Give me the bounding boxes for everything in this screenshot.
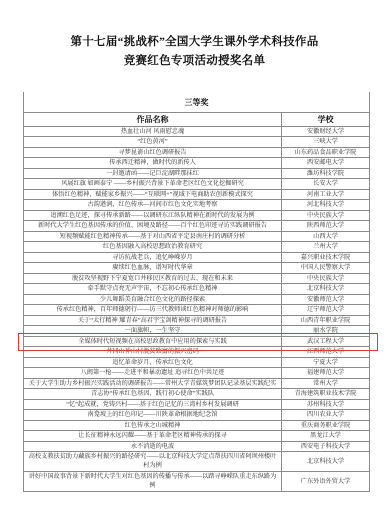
work-name-cell: 一面旗帜，一生坚守 [24,326,282,337]
school-cell: 北京科技大学 [282,452,369,472]
school-cell: 嘉兴职业技术学院 [282,253,369,264]
table-row: 少儿舞蹈美育融合红色文化的路径探索安徽师范大学 [24,295,369,306]
school-cell: 西安电子科技大学 [282,442,369,453]
work-name-cell: 风展红旗 如画泰宁 ——乡村振兴背景下革命老区红色文化挖掘研究 [24,179,282,190]
table-row: 红色传承之山城精神重庆商务职业学院 [24,421,369,432]
table-row: 南龛坡上的红色印记——川陕革命根据地纪念馆四川农业大学 [24,410,369,421]
table-row: 讲好中国故事背景下新时代大学生对红色基因的传播与传承——以踏寻峥嵘队重走东纵路为… [24,472,369,492]
table-row: 热血壮山河 风雨慰忠魂安徽财经大学 [24,127,369,138]
school-cell: 河北科技大学 [282,200,369,211]
school-cell: 丽水学院 [282,326,369,337]
work-name-cell: 关于大学生助力乡村振兴实践活动的调研报告——常州大学青媒筑梦团队记录基层实践纪实 [24,379,282,390]
work-name-cell: 追溯红色足迹，探寻传承新路——以调研东江纵队精神在新时代的发展为例 [24,211,282,222]
work-name-cell: 让长征精神永远闪耀——基于革命老区精神传承的探寻 [24,431,282,442]
award-table: 三等奖 作品名称 学校 热血壮山河 风雨慰忠魂安徽财经大学“红色黄河”三峡大学寻… [23,92,370,492]
table-row: 新时代大学生红色基因传承的价值、困境及路径——百个红色印迹寻访实践调研报告陕西师… [24,221,369,232]
table-body: 热血壮山河 风雨慰忠魂安徽财经大学“红色黄河”三峡大学寻梦昆嵛山红色调研报告山东… [24,127,369,492]
table-row: 永不消逝的电波西安电子科技大学 [24,442,369,453]
table-row: 赓续红色血脉，谱写时代华章中国人民警察大学 [24,263,369,274]
document-title-line1: 第十七届“挑战杯”全国大学生课外学术科技作品 [0,0,389,52]
school-cell: 中国人民警察大学 [282,263,369,274]
work-name-cell: 寻访抗战老兵，追忆峥嵘岁月 [24,253,282,264]
school-cell: 安徽师范大学 [282,295,369,306]
table-row: 全媒体时代短视频在高校思政教育中应用的探索与实践武汉工程大学 [24,337,369,348]
table-row: 红色基因融入高校思想政治教育研究兰州大学 [24,242,369,253]
school-cell: 西安邮电大学 [282,158,369,169]
school-cell: 苏州科技大学 [282,400,369,411]
school-cell: 山东药品食品职业学院 [282,148,369,159]
school-cell: 青海建筑职业技术学院 [282,389,369,400]
column-header-work: 作品名称 [24,113,282,127]
work-name-cell: 一封邀请函——记巨淀湖畔那抹红 [24,169,282,180]
work-name-cell: 热血壮山河 风雨慰忠魂 [24,127,282,138]
table-row: 关于“太行精神 耀青春”高君宇宝剑精神探寻的调研报告山西青年职业学院 [24,316,369,327]
school-cell: 山西青年职业学院 [282,316,369,327]
work-name-cell: 永不消逝的电波 [24,442,282,453]
school-cell: 常州大学 [282,379,369,390]
work-name-cell: 八闽第一枪——走进平和暴动遗址 追寻红色中共足迹 [24,368,282,379]
work-name-cell: “忆”起成就，党铸兴村——基于红色记忆的三湾村乡村发展调研 [24,400,282,411]
school-cell: 河南工业大学 [282,190,369,201]
school-cell: 宁夏大学 [282,358,369,369]
table-row: 寻梦昆嵛山红色调研报告山东药品食品职业学院 [24,148,369,159]
school-cell: 四川农业大学 [282,410,369,421]
table-row: 追溯红色足迹，探寻传承新路——以调研东江纵队精神在新时代的发展为例中央民族大学 [24,211,369,222]
work-name-cell: 赓续红色血脉，谱写时代华章 [24,263,282,274]
work-name-cell: 全媒体时代短视频在高校思政教育中应用的探索与实践 [24,337,282,348]
school-cell: 安徽财经大学 [282,127,369,138]
school-cell: 中央民族大学 [282,274,369,285]
work-name-cell: 追忆革命岁月，传承红色文化 [24,358,282,369]
work-name-cell: 红色基因融入高校思想政治教育研究 [24,242,282,253]
school-cell: 潍坊科技学院 [282,169,369,180]
school-cell: 辽宁师范大学 [282,305,369,316]
work-name-cell: 传承红色精神，百年师德躬行——访三代教师谈红色精神对师德的影响 [24,305,282,316]
table-row: 一封邀请函——记巨淀湖畔那抹红潍坊科技学院 [24,169,369,180]
table-row: 传承红色精神，百年师德躬行——访三代教师谈红色精神对师德的影响辽宁师范大学 [24,305,369,316]
table-row: 传承西迁精神，做时代的新传人西安邮电大学 [24,158,369,169]
school-cell: 重庆商务职业学院 [282,421,369,432]
school-cell: 江西师范大学 [282,347,369,358]
table-row: 一面旗帜，一生坚守丽水学院 [24,326,369,337]
work-name-cell: 青志协“传承红色基因，践行初心使命”实践队 [24,389,282,400]
work-name-cell: 新时代大学生红色基因传承的价值、困境及路径——百个红色印迹寻访实践调研报告 [24,221,282,232]
table-row: 高校支教扶贫助力藏族乡村振兴的路径研究——以北京科技大学定点帮扶四川省阿坝州楼叶… [24,452,369,472]
school-cell: 北京科技大学 [282,284,369,295]
document-title-line2: 竞赛红色专项活动授奖名单 [0,52,389,71]
work-name-cell: 传承西迁精神，做时代的新传人 [24,158,282,169]
table-row: 体悟红色精神，赋能家乡振兴——“互联网+”视域下电商助农创新模式探究河南工业大学 [24,190,369,201]
school-cell: 福建师范大学 [282,368,369,379]
school-cell: 广东外语外贸大学 [282,472,369,492]
section-header: 三等奖 [24,92,369,113]
work-name-cell: 古韵遒润，红色传承—河间市红色文化实地考察 [24,200,282,211]
table-row: 脱贫攻坚视野下宁夏宽口井移民区教育的过去、现在和未来中央民族大学 [24,274,369,285]
work-name-cell: 体悟红色精神，赋能家乡振兴——“互联网+”视域下电商助农创新模式探究 [24,190,282,201]
school-cell: 中央民族大学 [282,211,369,222]
table-row: 关于大学生助力乡村振兴实践活动的调研报告——常州大学青媒筑梦团队记录基层实践纪实… [24,379,369,390]
table-row: 古韵遒润，红色传承—河间市红色文化实地考察河北科技大学 [24,200,369,211]
table-row: 追忆革命岁月，传承红色文化宁夏大学 [24,358,369,369]
school-cell: 长安大学 [282,179,369,190]
work-name-cell: 寻梦昆嵛山红色调研报告 [24,148,282,159]
table-header-row: 作品名称 学校 [24,113,369,127]
table-row: 井冈山神山村脱贫致富的振兴密码江西师范大学 [24,347,369,358]
document-page: 第十七届“挑战杯”全国大学生课外学术科技作品 竞赛红色专项活动授奖名单 三等奖 … [0,0,389,513]
work-name-cell: 红色传承之山城精神 [24,421,282,432]
table-row: 短视频赋能红色精神传承——基于对山西省平定县南庄村的调研分析山西大学 [24,232,369,243]
work-name-cell: 牵手默守点亮无声宇宙，不忘初心传承红色精神 [24,284,282,295]
table-row: “红色黄河”三峡大学 [24,137,369,148]
school-cell: 陕西师范大学 [282,221,369,232]
table-row: 寻访抗战老兵，追忆峥嵘岁月嘉兴职业技术学院 [24,253,369,264]
table-row: 牵手默守点亮无声宇宙，不忘初心传承红色精神北京科技大学 [24,284,369,295]
work-name-cell: 短视频赋能红色精神传承——基于对山西省平定县南庄村的调研分析 [24,232,282,243]
school-cell: 武汉工程大学 [282,337,369,348]
work-name-cell: “红色黄河” [24,137,282,148]
work-name-cell: 讲好中国故事背景下新时代大学生对红色基因的传播与传承——以踏寻峥嵘队重走东纵路为… [24,472,282,492]
table-row: 八闽第一枪——走进平和暴动遗址 追寻红色中共足迹福建师范大学 [24,368,369,379]
work-name-cell: 高校支教扶贫助力藏族乡村振兴的路径研究——以北京科技大学定点帮扶四川省阿坝州楼叶… [24,452,282,472]
work-name-cell: 南龛坡上的红色印记——川陕革命根据地纪念馆 [24,410,282,421]
school-cell: 山西大学 [282,232,369,243]
school-cell: 黑龙江大学 [282,431,369,442]
table-row: 风展红旗 如画泰宁 ——乡村振兴背景下革命老区红色文化挖掘研究长安大学 [24,179,369,190]
work-name-cell: 井冈山神山村脱贫致富的振兴密码 [24,347,282,358]
school-cell: 兰州大学 [282,242,369,253]
table-row: 青志协“传承红色基因，践行初心使命”实践队青海建筑职业技术学院 [24,389,369,400]
work-name-cell: 关于“太行精神 耀青春”高君宇宝剑精神探寻的调研报告 [24,316,282,327]
work-name-cell: 少儿舞蹈美育融合红色文化的路径探索 [24,295,282,306]
work-name-cell: 脱贫攻坚视野下宁夏宽口井移民区教育的过去、现在和未来 [24,274,282,285]
column-header-school: 学校 [282,113,369,127]
table-row: “忆”起成就，党铸兴村——基于红色记忆的三湾村乡村发展调研苏州科技大学 [24,400,369,411]
school-cell: 三峡大学 [282,137,369,148]
table-row: 让长征精神永远闪耀——基于革命老区精神传承的探寻黑龙江大学 [24,431,369,442]
